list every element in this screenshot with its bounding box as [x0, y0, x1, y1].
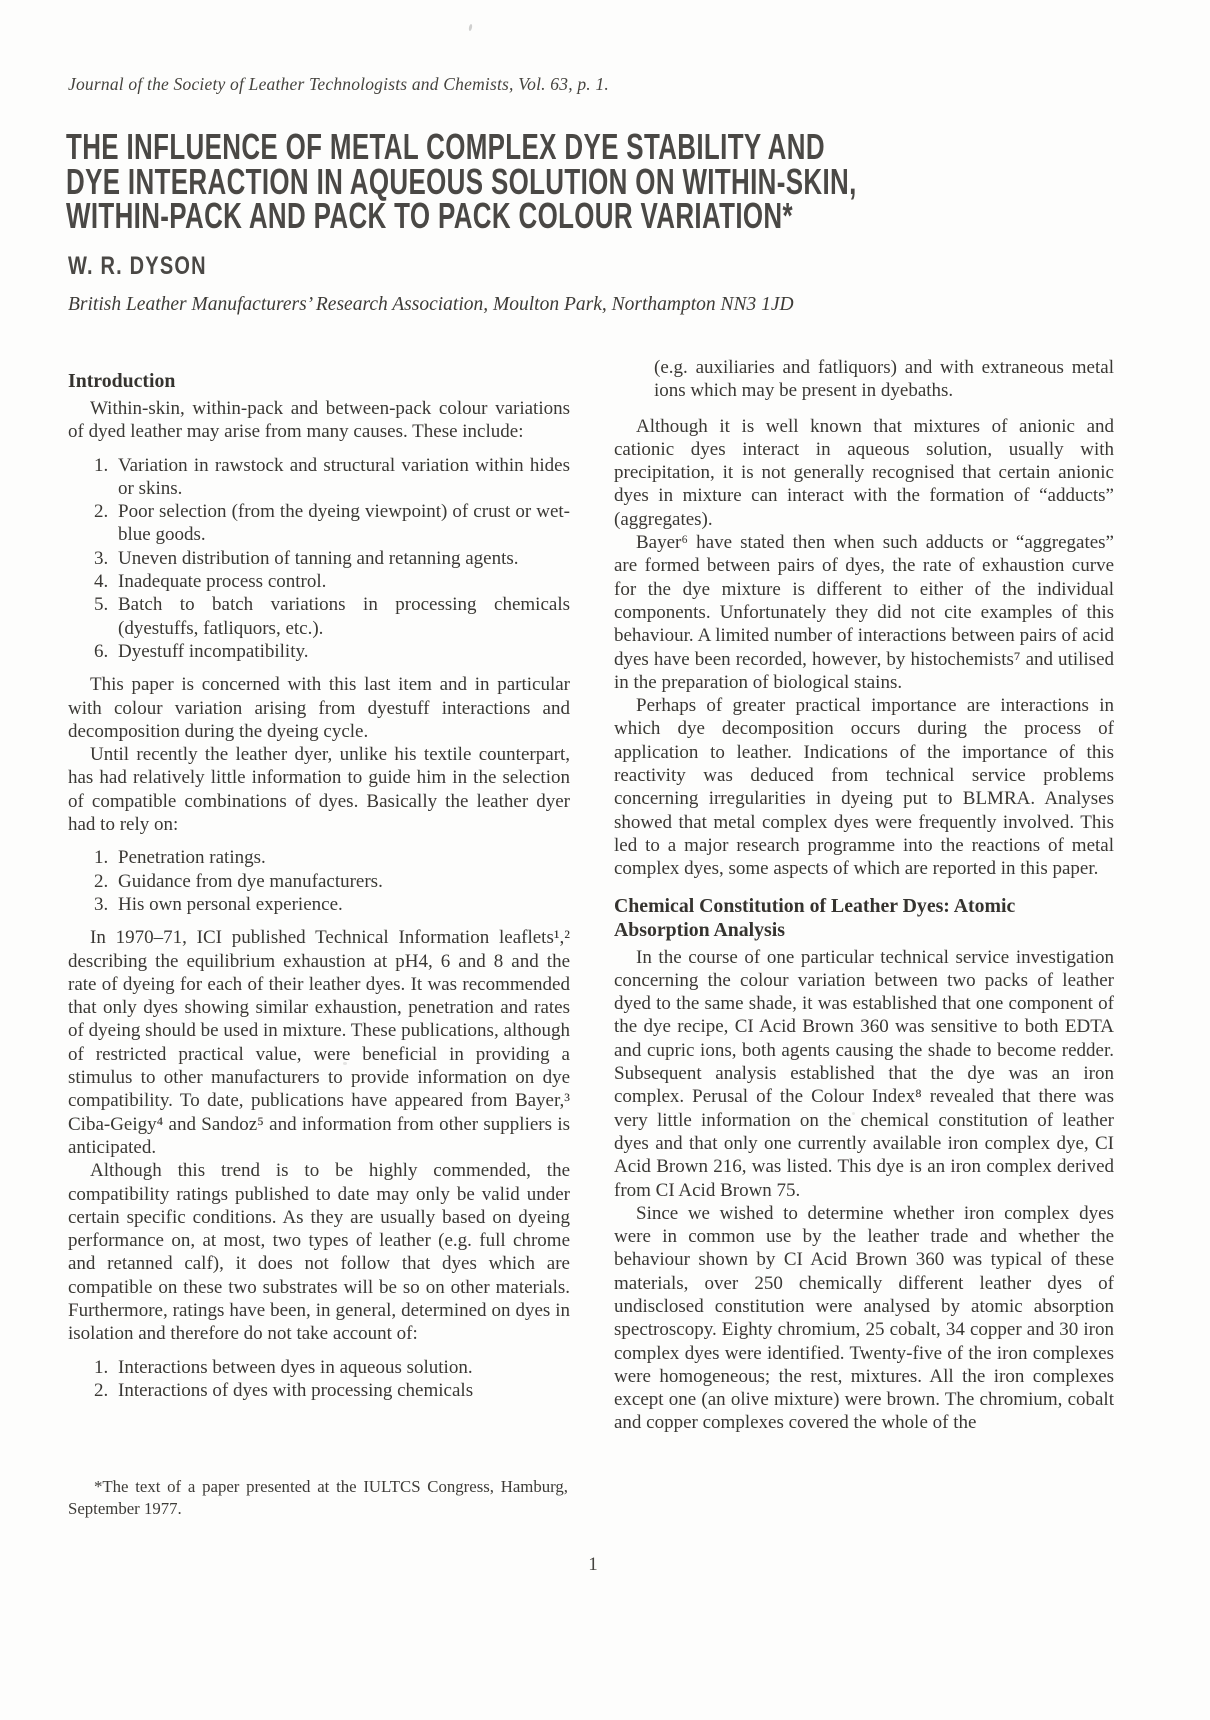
paragraph-ici: In 1970–71, ICI published Technical Info… — [68, 926, 570, 1159]
paragraph-although-known: Although it is well known that mixtures … — [614, 415, 1114, 531]
list-item-text: Poor selection (from the dyeing viewpoin… — [118, 501, 570, 545]
causes-list: 1. Variation in rawstock and structural … — [68, 454, 570, 664]
page-number: 1 — [0, 1554, 1186, 1576]
list-item-text: Interactions of dyes with processing che… — [118, 1380, 473, 1401]
title-footnote: *The text of a paper presented at the IU… — [68, 1476, 568, 1519]
author-name: W. R. DYSON — [68, 252, 207, 281]
paragraph-until-recently: Until recently the leather dyer, unlike … — [68, 743, 570, 836]
list-item: 3. Uneven distribution of tanning and re… — [68, 547, 570, 570]
list-item: 6. Dyestuff incompatibility. — [68, 640, 570, 663]
list-item: 2. Guidance from dye manufacturers. — [68, 870, 570, 893]
list-item-text: His own personal experience. — [118, 894, 343, 915]
account-list: 1. Interactions between dyes in aqueous … — [68, 1356, 570, 1403]
list-item-text: Inadequate process control. — [118, 571, 326, 592]
list-item-text: Interactions between dyes in aqueous sol… — [118, 1357, 473, 1378]
paper-title: THE INFLUENCE OF METAL COMPLEX DYE STABI… — [66, 130, 1210, 234]
list-item-number: 6. — [94, 640, 108, 663]
list-item-number: 2. — [94, 1379, 108, 1402]
list-item-continuation: (e.g. auxiliaries and fatliquors) and wi… — [654, 356, 1114, 403]
list-item-text: Uneven distribution of tanning and retan… — [118, 548, 519, 569]
list-item-number: 5. — [94, 593, 108, 616]
list-item-number: 1. — [94, 1356, 108, 1379]
paragraph-although-trend: Although this trend is to be highly comm… — [68, 1159, 570, 1345]
list-item: 1. Penetration ratings. — [68, 846, 570, 869]
paragraph-course: In the course of one particular technica… — [614, 946, 1114, 1202]
right-column: (e.g. auxiliaries and fatliquors) and wi… — [614, 356, 1114, 1435]
list-item-number: 1. — [94, 846, 108, 869]
author-affiliation: British Leather Manufacturers’ Research … — [68, 294, 794, 316]
section-heading-introduction: Introduction — [68, 369, 570, 393]
list-item: 2. Interactions of dyes with processing … — [68, 1379, 570, 1402]
rely-list: 1. Penetration ratings. 2. Guidance from… — [68, 846, 570, 916]
list-item-text: Dyestuff incompatibility. — [118, 641, 309, 662]
list-item-number: 4. — [94, 570, 108, 593]
journal-header: Journal of the Society of Leather Techno… — [68, 74, 609, 95]
list-item: 1. Variation in rawstock and structural … — [68, 454, 570, 501]
left-column: Introduction Within-skin, within-pack an… — [68, 356, 570, 1412]
list-item: 3. His own personal experience. — [68, 893, 570, 916]
list-item-number: 3. — [94, 893, 108, 916]
list-item-number: 2. — [94, 870, 108, 893]
list-item-text: Batch to batch variations in processing … — [118, 594, 570, 638]
paper-title-line-3: WITHIN-PACK AND PACK TO PACK COLOUR VARI… — [66, 199, 1210, 234]
list-item-text: Variation in rawstock and structural var… — [118, 455, 570, 499]
paragraph-intro: Within-skin, within-pack and between-pac… — [68, 397, 570, 444]
paragraph-bayer: Bayer⁶ have stated then when such adduct… — [614, 531, 1114, 694]
list-item-text: Guidance from dye manufacturers. — [118, 871, 383, 892]
list-item: 1. Interactions between dyes in aqueous … — [68, 1356, 570, 1379]
paper-title-line-1: THE INFLUENCE OF METAL COMPLEX DYE STABI… — [66, 130, 1210, 165]
paragraph-perhaps: Perhaps of greater practical importance … — [614, 694, 1114, 880]
list-item: 2. Poor selection (from the dyeing viewp… — [68, 500, 570, 547]
list-item-text: Penetration ratings. — [118, 847, 266, 868]
section-heading-chemical-constitution: Chemical Constitution of Leather Dyes: A… — [614, 894, 1114, 942]
paragraph-concern: This paper is concerned with this last i… — [68, 673, 570, 743]
list-item-number: 1. — [94, 454, 108, 477]
list-item-number: 2. — [94, 500, 108, 523]
paragraph-since: Since we wished to determine whether iro… — [614, 1202, 1114, 1435]
scan-artifact — [468, 24, 472, 31]
list-item: 4. Inadequate process control. — [68, 570, 570, 593]
paper-title-line-2: DYE INTERACTION IN AQUEOUS SOLUTION ON W… — [66, 165, 1210, 200]
list-item: 5. Batch to batch variations in processi… — [68, 593, 570, 640]
list-item-number: 3. — [94, 547, 108, 570]
